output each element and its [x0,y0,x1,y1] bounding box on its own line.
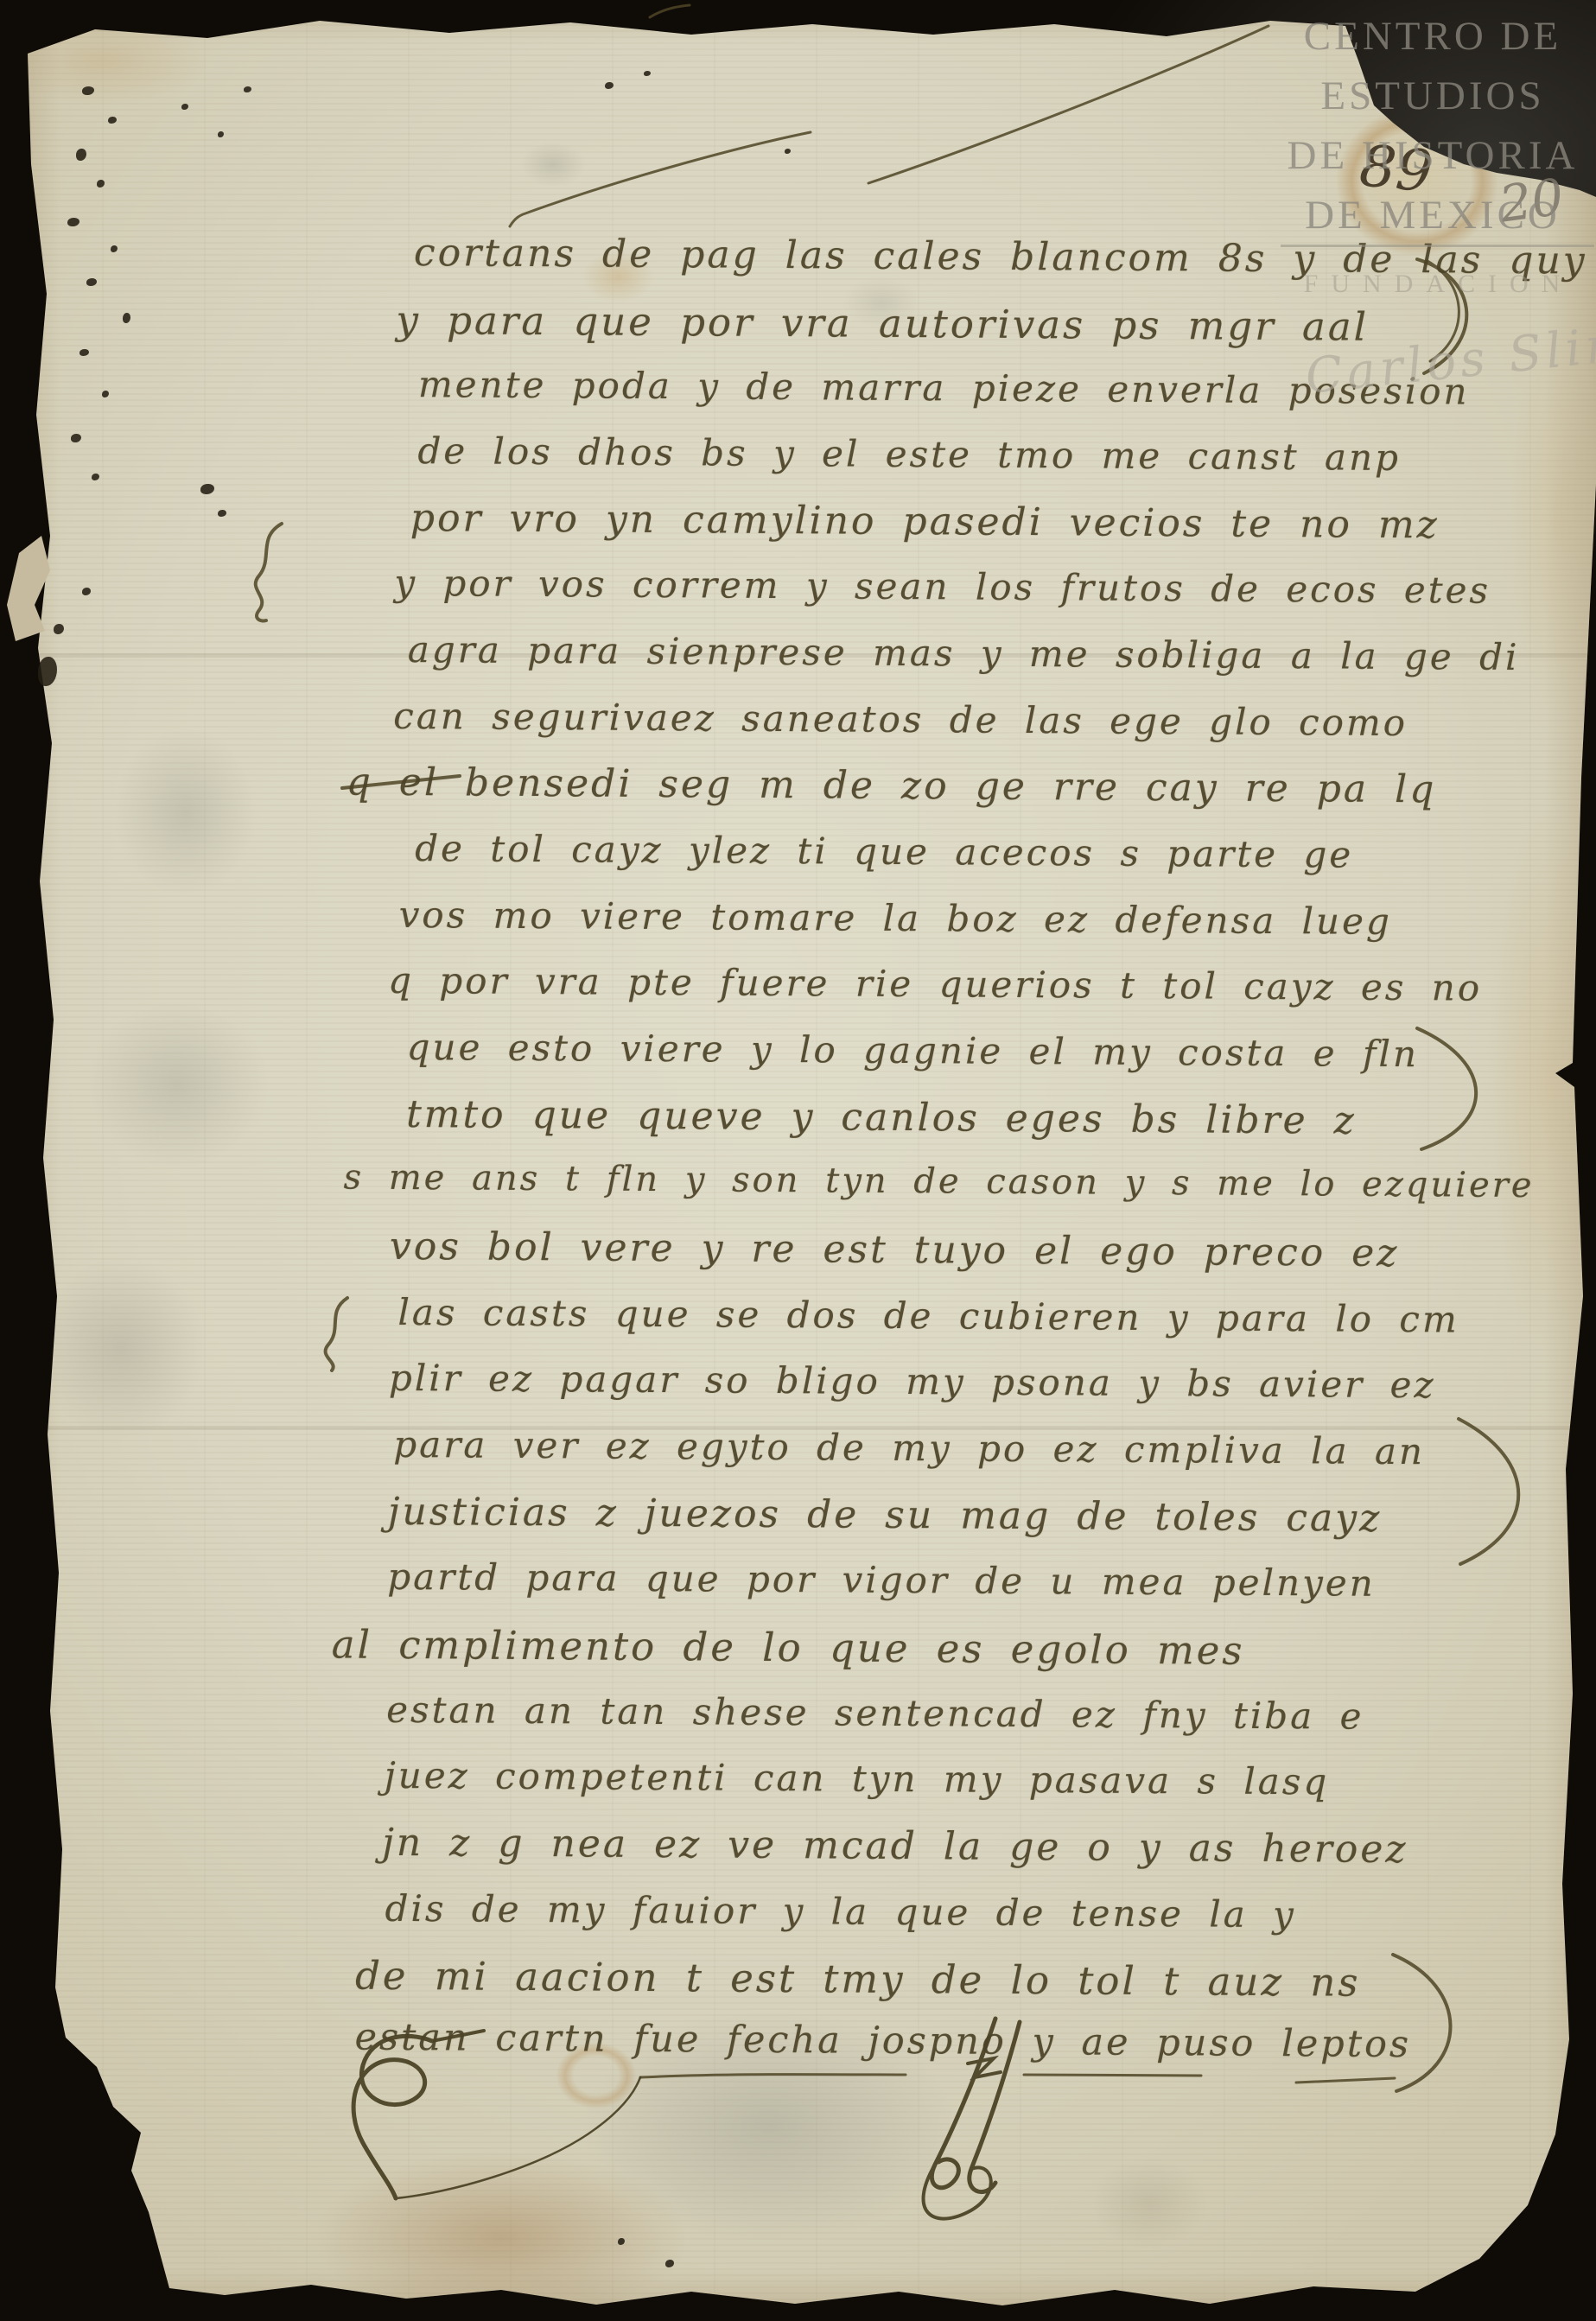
manuscript-line: al cmplimento de lo que es egolo mes [332,1621,1245,1673]
manuscript-line: para ver ez egyto de my po ez cmpliva la… [393,1423,1425,1472]
manuscript-line: las casts que se dos de cubieren y para … [397,1291,1459,1341]
manuscript-line: justicias z juezos de su mag de toles ca… [388,1490,1383,1541]
watermark-line: DE HISTORIA [1270,126,1595,186]
manuscript-line: juez competenti can tyn my pasava s lasq [385,1754,1330,1803]
watermark-foundation: FUNDACIÓN [1281,270,1596,299]
manuscript-line: s me ans t fln y son tyn de cason y s me… [343,1157,1534,1205]
archive-watermark: CENTRO DE ESTUDIOS DE HISTORIA DE MEXICO [1270,7,1595,245]
scanned-manuscript-page: cortans de pag las cales blancom 8s y de… [0,0,1596,2321]
watermark-line: ESTUDIOS [1270,67,1595,126]
manuscript-line: de los dhos bs y el este tmo me canst an… [417,429,1401,479]
manuscript-line: estan an tan shese sentencad ez fny tiba… [386,1688,1364,1738]
manuscript-line: jn z g nea ez ve mcad la ge o y as heroe… [382,1821,1408,1872]
manuscript-line: vos mo viere tomare la boz ez defensa lu… [399,893,1392,943]
manuscript-line: y para que por vra autorivas ps mgr aal [396,297,1369,350]
manuscript-line: que esto viere y lo gagnie el my costa e… [406,1026,1419,1075]
manuscript-line: q por vra pte fuere rie querios t tol ca… [388,959,1482,1009]
watermark-divider [1281,245,1594,247]
manuscript-line: agra para sienprese mas y me sobliga a l… [408,628,1520,678]
manuscript-line: de tol cayz ylez ti que acecos s parte g… [415,827,1353,876]
manuscript-line: plir ez pagar so bligo my psona y bs avi… [389,1357,1436,1406]
manuscript-line: y por vos correm y sean los frutos de ec… [394,562,1491,612]
manuscript-line: de mi aacion t est tmy de lo tol t auz n… [355,1953,1361,2006]
manuscript-line: q el bensedi seg m de zo ge rre cay re p… [347,760,1437,812]
manuscript-line: estan cartn fue fecha jospno y ae puso l… [354,2016,1411,2067]
manuscript-line: vos bol vere y re est tuyo el ego preco … [390,1224,1400,1275]
watermark-line: CENTRO DE [1270,7,1595,67]
manuscript-line: can segurivaez saneatos de las ege glo c… [393,695,1408,744]
manuscript-line: partd para que por vigor de u mea pelnye… [387,1555,1376,1605]
watermark-line: DE MEXICO [1270,186,1595,245]
manuscript-line: por vro yn camylino pasedi vecios te no … [410,496,1440,547]
manuscript-line: dis de my fauior y la que de tense la y [385,1887,1296,1936]
manuscript-line: tmto que queve y canlos eges bs libre z [406,1092,1357,1143]
